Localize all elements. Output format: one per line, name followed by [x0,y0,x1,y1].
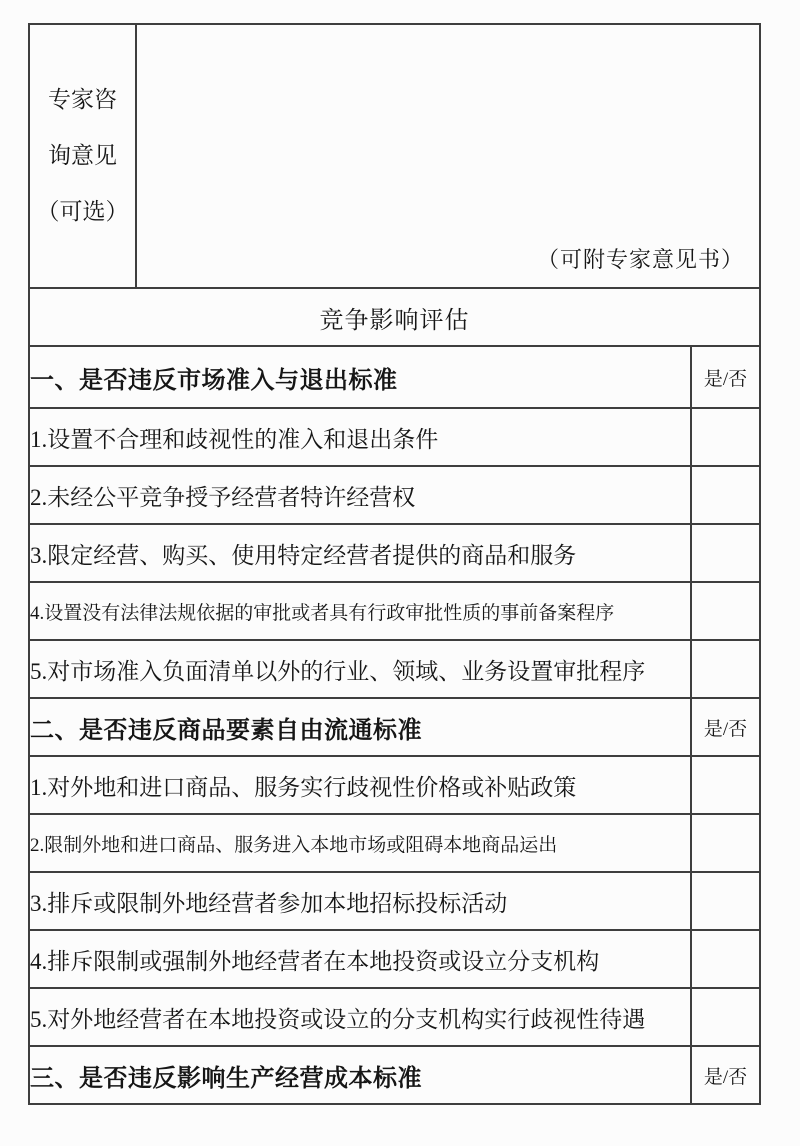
expert-label-line-2: 询意见 [30,128,135,184]
section-2-item-3-answer-cell [691,872,760,930]
section-2-item-3-text: 3.排斥或限制外地经营者参加本地招标投标活动 [29,872,691,930]
item-row: 3.排斥或限制外地经营者参加本地招标投标活动 [29,872,760,930]
section-1-item-4-answer-cell [691,582,760,640]
item-row: 1.设置不合理和歧视性的准入和退出条件 [29,408,760,466]
section-2-item-5-answer-cell [691,988,760,1046]
assessment-title-row: 竞争影响评估 [29,288,760,346]
section-1-item-3-text: 3.限定经营、购买、使用特定经营者提供的商品和服务 [29,524,691,582]
section-1-item-4-text: 4.设置没有法律法规依据的审批或者具有行政审批性质的事前备案程序 [29,582,691,640]
section-1-item-2-text: 2.未经公平竞争授予经营者特许经营权 [29,466,691,524]
section-3-heading: 三、是否违反影响生产经营成本标准 [29,1046,691,1104]
item-row: 2.未经公平竞争授予经营者特许经营权 [29,466,760,524]
item-row: 3.限定经营、购买、使用特定经营者提供的商品和服务 [29,524,760,582]
section-2-item-1-answer-cell [691,756,760,814]
section-heading-row: 一、是否违反市场准入与退出标准 是/否 [29,346,760,408]
section-heading-row: 二、是否违反商品要素自由流通标准 是/否 [29,698,760,756]
item-row: 5.对市场准入负面清单以外的行业、领域、业务设置审批程序 [29,640,760,698]
item-row: 4.设置没有法律法规依据的审批或者具有行政审批性质的事前备案程序 [29,582,760,640]
section-1-item-5-text: 5.对市场准入负面清单以外的行业、领域、业务设置审批程序 [29,640,691,698]
section-2-item-4-text: 4.排斥限制或强制外地经营者在本地投资或设立分支机构 [29,930,691,988]
section-1-heading: 一、是否违反市场准入与退出标准 [29,346,691,408]
section-2-item-2-answer-cell [691,814,760,872]
section-1-item-1-answer-cell [691,408,760,466]
assessment-form-table: 专家咨 询意见 （可选） （可附专家意见书） 竞争影响评估 一、是否违反市场准入… [28,23,761,1105]
section-1-item-3-answer-cell [691,524,760,582]
section-1-item-2-answer-cell [691,466,760,524]
section-2-yes-no-header-cell: 是/否 [691,698,760,756]
expert-opinion-label-cell: 专家咨 询意见 （可选） [29,24,136,288]
section-2-heading: 二、是否违反商品要素自由流通标准 [29,698,691,756]
section-2-item-2-text: 2.限制外地和进口商品、服务进入本地市场或阻碍本地商品运出 [29,814,691,872]
assessment-title: 竞争影响评估 [29,288,760,346]
section-2-item-1-text: 1.对外地和进口商品、服务实行歧视性价格或补贴政策 [29,756,691,814]
document-page: 专家咨 询意见 （可选） （可附专家意见书） 竞争影响评估 一、是否违反市场准入… [0,0,800,1146]
section-3-yes-no-header-cell: 是/否 [691,1046,760,1104]
item-row: 2.限制外地和进口商品、服务进入本地市场或阻碍本地商品运出 [29,814,760,872]
section-1-yes-no-header-cell: 是/否 [691,346,760,408]
expert-opinion-content-cell: （可附专家意见书） [136,24,760,288]
item-row: 1.对外地和进口商品、服务实行歧视性价格或补贴政策 [29,756,760,814]
expert-label-line-3: （可选） [30,184,135,240]
item-row: 4.排斥限制或强制外地经营者在本地投资或设立分支机构 [29,930,760,988]
section-1-item-1-text: 1.设置不合理和歧视性的准入和退出条件 [29,408,691,466]
section-2-item-5-text: 5.对外地经营者在本地投资或设立的分支机构实行歧视性待遇 [29,988,691,1046]
item-row: 5.对外地经营者在本地投资或设立的分支机构实行歧视性待遇 [29,988,760,1046]
expert-opinion-row: 专家咨 询意见 （可选） （可附专家意见书） [29,24,760,288]
section-1-item-5-answer-cell [691,640,760,698]
section-2-item-4-answer-cell [691,930,760,988]
expert-label-line-1: 专家咨 [30,72,135,128]
expert-opinion-note: （可附专家意见书） [137,243,759,287]
section-heading-row: 三、是否违反影响生产经营成本标准 是/否 [29,1046,760,1104]
